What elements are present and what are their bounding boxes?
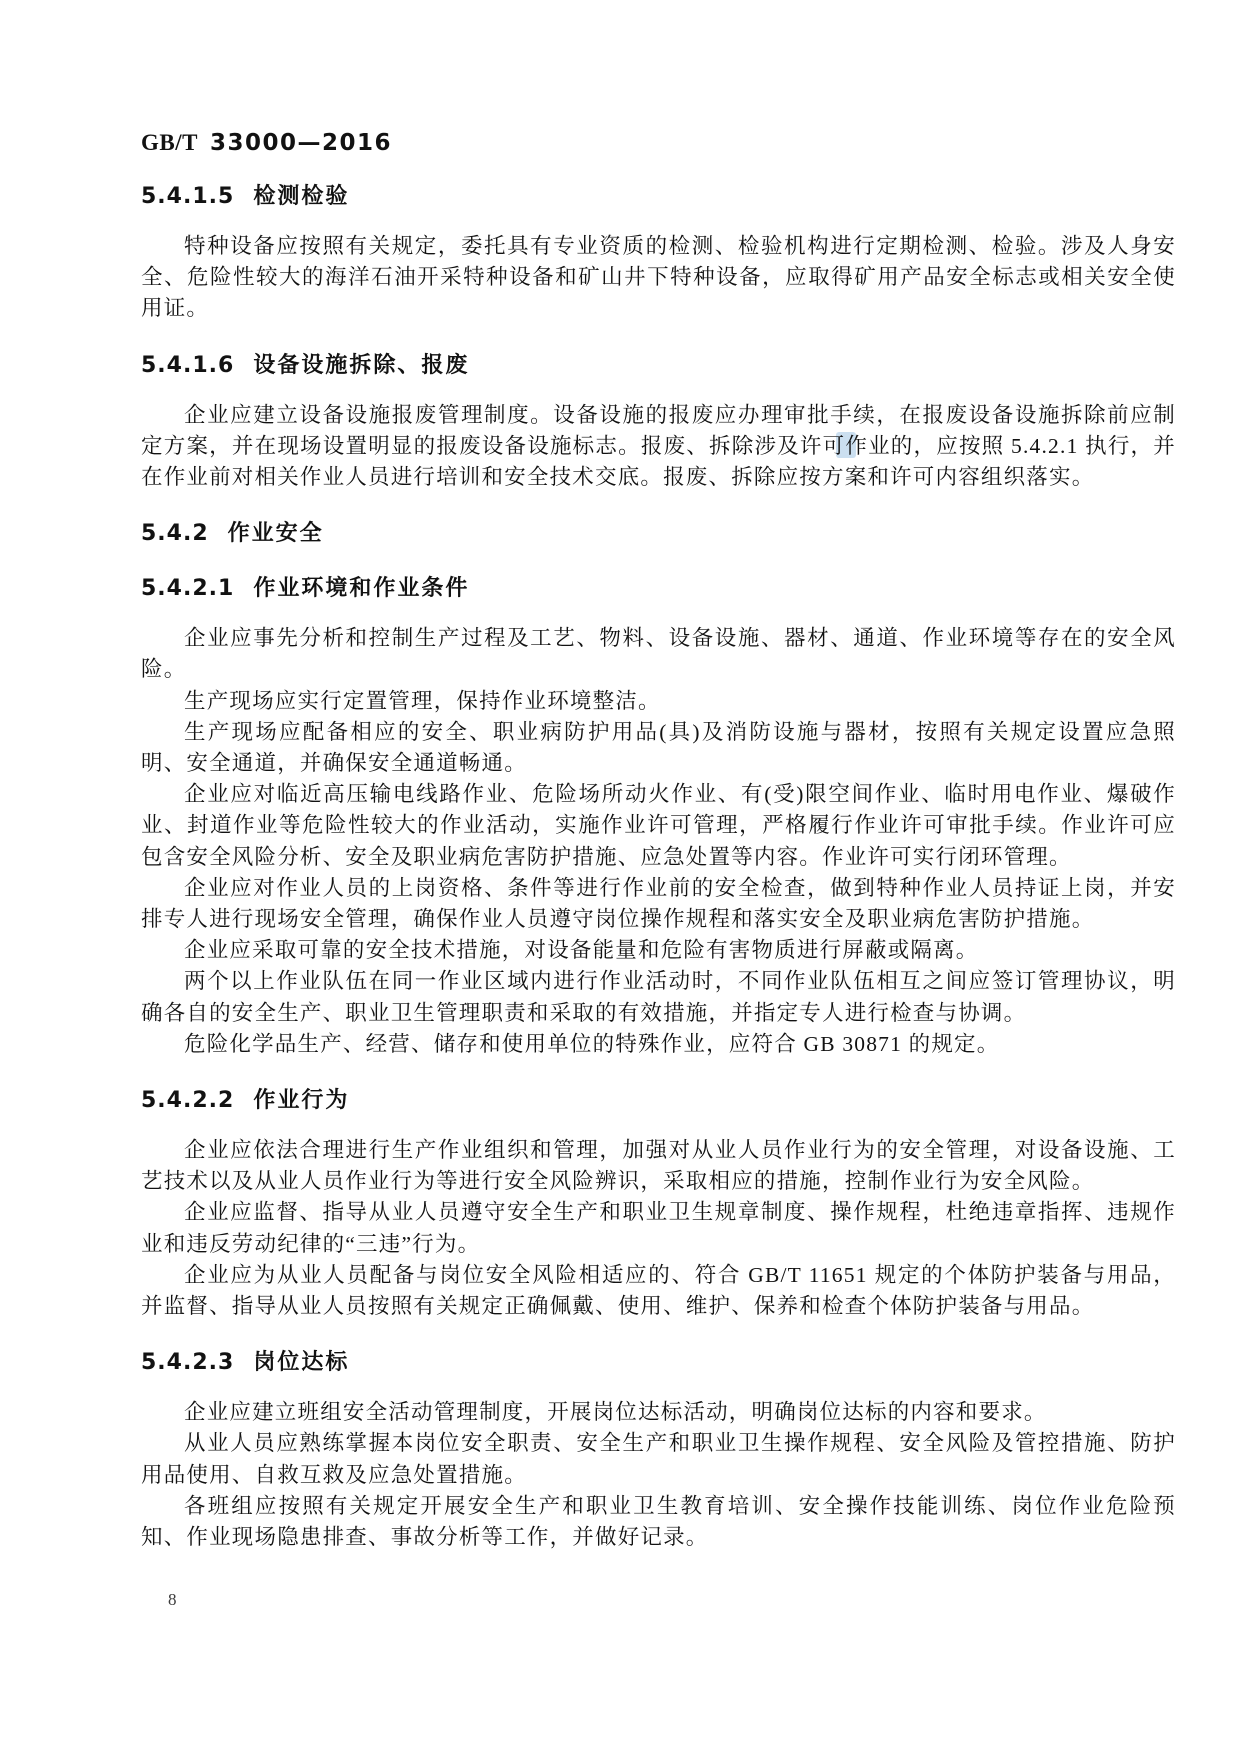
paragraph: 企业应建立班组安全活动管理制度，开展岗位达标活动，明确岗位达标的内容和要求。 <box>141 1397 1176 1428</box>
text-segment: 企业应对临近高压输电线路作业、危险场所动火作业、有(受)限空间作业、临时用电作业… <box>141 782 1176 868</box>
document-body: 5.4.1.5检测检验特种设备应按照有关规定，委托具有专业资质的检测、检验机构进… <box>141 182 1176 1553</box>
paragraph: 生产现场应配备相应的安全、职业病防护用品(具)及消防设施与器材，按照有关规定设置… <box>141 717 1176 779</box>
paragraph: 两个以上作业队伍在同一作业区域内进行作业活动时，不同作业队伍相互之间应签订管理协… <box>141 966 1176 1028</box>
text-segment: 企业应对作业人员的上岗资格、条件等进行作业前的安全检查，做到特种作业人员持证上岗… <box>141 876 1176 931</box>
section-5.4.2.2: 5.4.2.2作业行为企业应依法合理进行生产作业组织和管理，加强对从业人员作业行… <box>141 1086 1176 1322</box>
text-segment: 企业应建立班组安全活动管理制度，开展岗位达标活动，明确岗位达标的内容和要求。 <box>184 1400 1047 1424</box>
text-segment: 企业应监督、指导从业人员遵守安全生产和职业卫生规章制度、操作规程，杜绝违章指挥、… <box>141 1200 1176 1255</box>
standard-code-prefix: GB/T <box>141 130 198 155</box>
section-5.4.1.6: 5.4.1.6设备设施拆除、报废企业应建立设备设施报废管理制度。设备设施的报废应… <box>141 351 1176 494</box>
section-heading: 5.4.2.1作业环境和作业条件 <box>141 574 1176 603</box>
section-heading: 5.4.2.3岗位达标 <box>141 1348 1176 1377</box>
section-title: 检测检验 <box>253 182 349 210</box>
paragraph: 企业应事先分析和控制生产过程及工艺、物料、设备设施、器材、通道、作业环境等存在的… <box>141 623 1176 685</box>
section-number: 5.4.2.1 <box>141 575 234 603</box>
section-title: 作业行为 <box>253 1086 349 1114</box>
document-content: GB/T33000—2016 5.4.1.5检测检验特种设备应按照有关规定，委托… <box>141 0 1176 1553</box>
text-segment: 生产现场应实行定置管理，保持作业环境整洁。 <box>184 689 661 713</box>
text-segment: 企业应为从业人员配备与岗位安全风险相适应的、符合 GB/T 11651 规定的个… <box>141 1263 1176 1318</box>
paragraph: 企业应依法合理进行生产作业组织和管理，加强对从业人员作业行为的安全管理，对设备设… <box>141 1135 1176 1197</box>
section-title: 作业环境和作业条件 <box>253 574 469 602</box>
text-segment: 危险化学品生产、经营、储存和使用单位的特殊作业，应符合 GB 30871 的规定… <box>184 1032 999 1056</box>
paragraph: 特种设备应按照有关规定，委托具有专业资质的检测、检验机构进行定期检测、检验。涉及… <box>141 231 1176 325</box>
page-number: 8 <box>168 1591 177 1609</box>
section-number: 5.4.2 <box>141 520 209 548</box>
section-5.4.2: 5.4.2作业安全 <box>141 519 1176 548</box>
paragraph: 企业应采取可靠的安全技术措施，对设备能量和危险有害物质进行屏蔽或隔离。 <box>141 935 1176 966</box>
section-number: 5.4.2.2 <box>141 1087 234 1115</box>
text-segment: 企业应事先分析和控制生产过程及工艺、物料、设备设施、器材、通道、作业环境等存在的… <box>141 626 1176 681</box>
paragraph: 危险化学品生产、经营、储存和使用单位的特殊作业，应符合 GB 30871 的规定… <box>141 1029 1176 1060</box>
text-segment: 企业应采取可靠的安全技术措施，对设备能量和危险有害物质进行屏蔽或隔离。 <box>184 938 979 962</box>
section-heading: 5.4.1.6设备设施拆除、报废 <box>141 351 1176 380</box>
section-5.4.1.5: 5.4.1.5检测检验特种设备应按照有关规定，委托具有专业资质的检测、检验机构进… <box>141 182 1176 325</box>
paragraph: 企业应监督、指导从业人员遵守安全生产和职业卫生规章制度、操作规程，杜绝违章指挥、… <box>141 1197 1176 1259</box>
section-number: 5.4.1.6 <box>141 352 234 380</box>
section-heading: 5.4.2.2作业行为 <box>141 1086 1176 1115</box>
section-title: 岗位达标 <box>253 1348 349 1376</box>
document-header: GB/T33000—2016 <box>141 130 1176 156</box>
paragraph: 各班组应按照有关规定开展安全生产和职业卫生教育培训、安全操作技能训练、岗位作业危… <box>141 1491 1176 1553</box>
section-5.4.2.1: 5.4.2.1作业环境和作业条件企业应事先分析和控制生产过程及工艺、物料、设备设… <box>141 574 1176 1060</box>
section-number: 5.4.2.3 <box>141 1349 234 1377</box>
paragraph: 企业应建立设备设施报废管理制度。设备设施的报废应办理审批手续，在报废设备设施拆除… <box>141 400 1176 494</box>
text-segment: 企业应依法合理进行生产作业组织和管理，加强对从业人员作业行为的安全管理，对设备设… <box>141 1138 1176 1193</box>
section-title: 作业安全 <box>228 519 324 547</box>
section-number: 5.4.1.5 <box>141 183 234 211</box>
section-title: 设备设施拆除、报废 <box>253 351 469 379</box>
paragraph: 企业应为从业人员配备与岗位安全风险相适应的、符合 GB/T 11651 规定的个… <box>141 1260 1176 1322</box>
section-5.4.2.3: 5.4.2.3岗位达标企业应建立班组安全活动管理制度，开展岗位达标活动，明确岗位… <box>141 1348 1176 1553</box>
paragraph: 企业应对临近高压输电线路作业、危险场所动火作业、有(受)限空间作业、临时用电作业… <box>141 779 1176 873</box>
text-segment: 两个以上作业队伍在同一作业区域内进行作业活动时，不同作业队伍相互之间应签订管理协… <box>141 969 1176 1024</box>
section-heading: 5.4.2作业安全 <box>141 519 1176 548</box>
text-segment: 从业人员应熟练掌握本岗位安全职责、安全生产和职业卫生操作规程、安全风险及管控措施… <box>141 1431 1176 1486</box>
section-heading: 5.4.1.5检测检验 <box>141 182 1176 211</box>
paragraph: 企业应对作业人员的上岗资格、条件等进行作业前的安全检查，做到特种作业人员持证上岗… <box>141 873 1176 935</box>
text-segment: 各班组应按照有关规定开展安全生产和职业卫生教育培训、安全操作技能训练、岗位作业危… <box>141 1494 1176 1549</box>
paragraph: 从业人员应熟练掌握本岗位安全职责、安全生产和职业卫生操作规程、安全风险及管控措施… <box>141 1428 1176 1490</box>
standard-code-number: 33000—2016 <box>210 130 392 156</box>
paragraph: 生产现场应实行定置管理，保持作业环境整洁。 <box>141 686 1176 717</box>
document-page: GB/T33000—2016 5.4.1.5检测检验特种设备应按照有关规定，委托… <box>0 0 1241 1754</box>
text-segment: 生产现场应配备相应的安全、职业病防护用品(具)及消防设施与器材，按照有关规定设置… <box>141 720 1176 775</box>
text-segment: 特种设备应按照有关规定，委托具有专业资质的检测、检验机构进行定期检测、检验。涉及… <box>141 234 1176 320</box>
